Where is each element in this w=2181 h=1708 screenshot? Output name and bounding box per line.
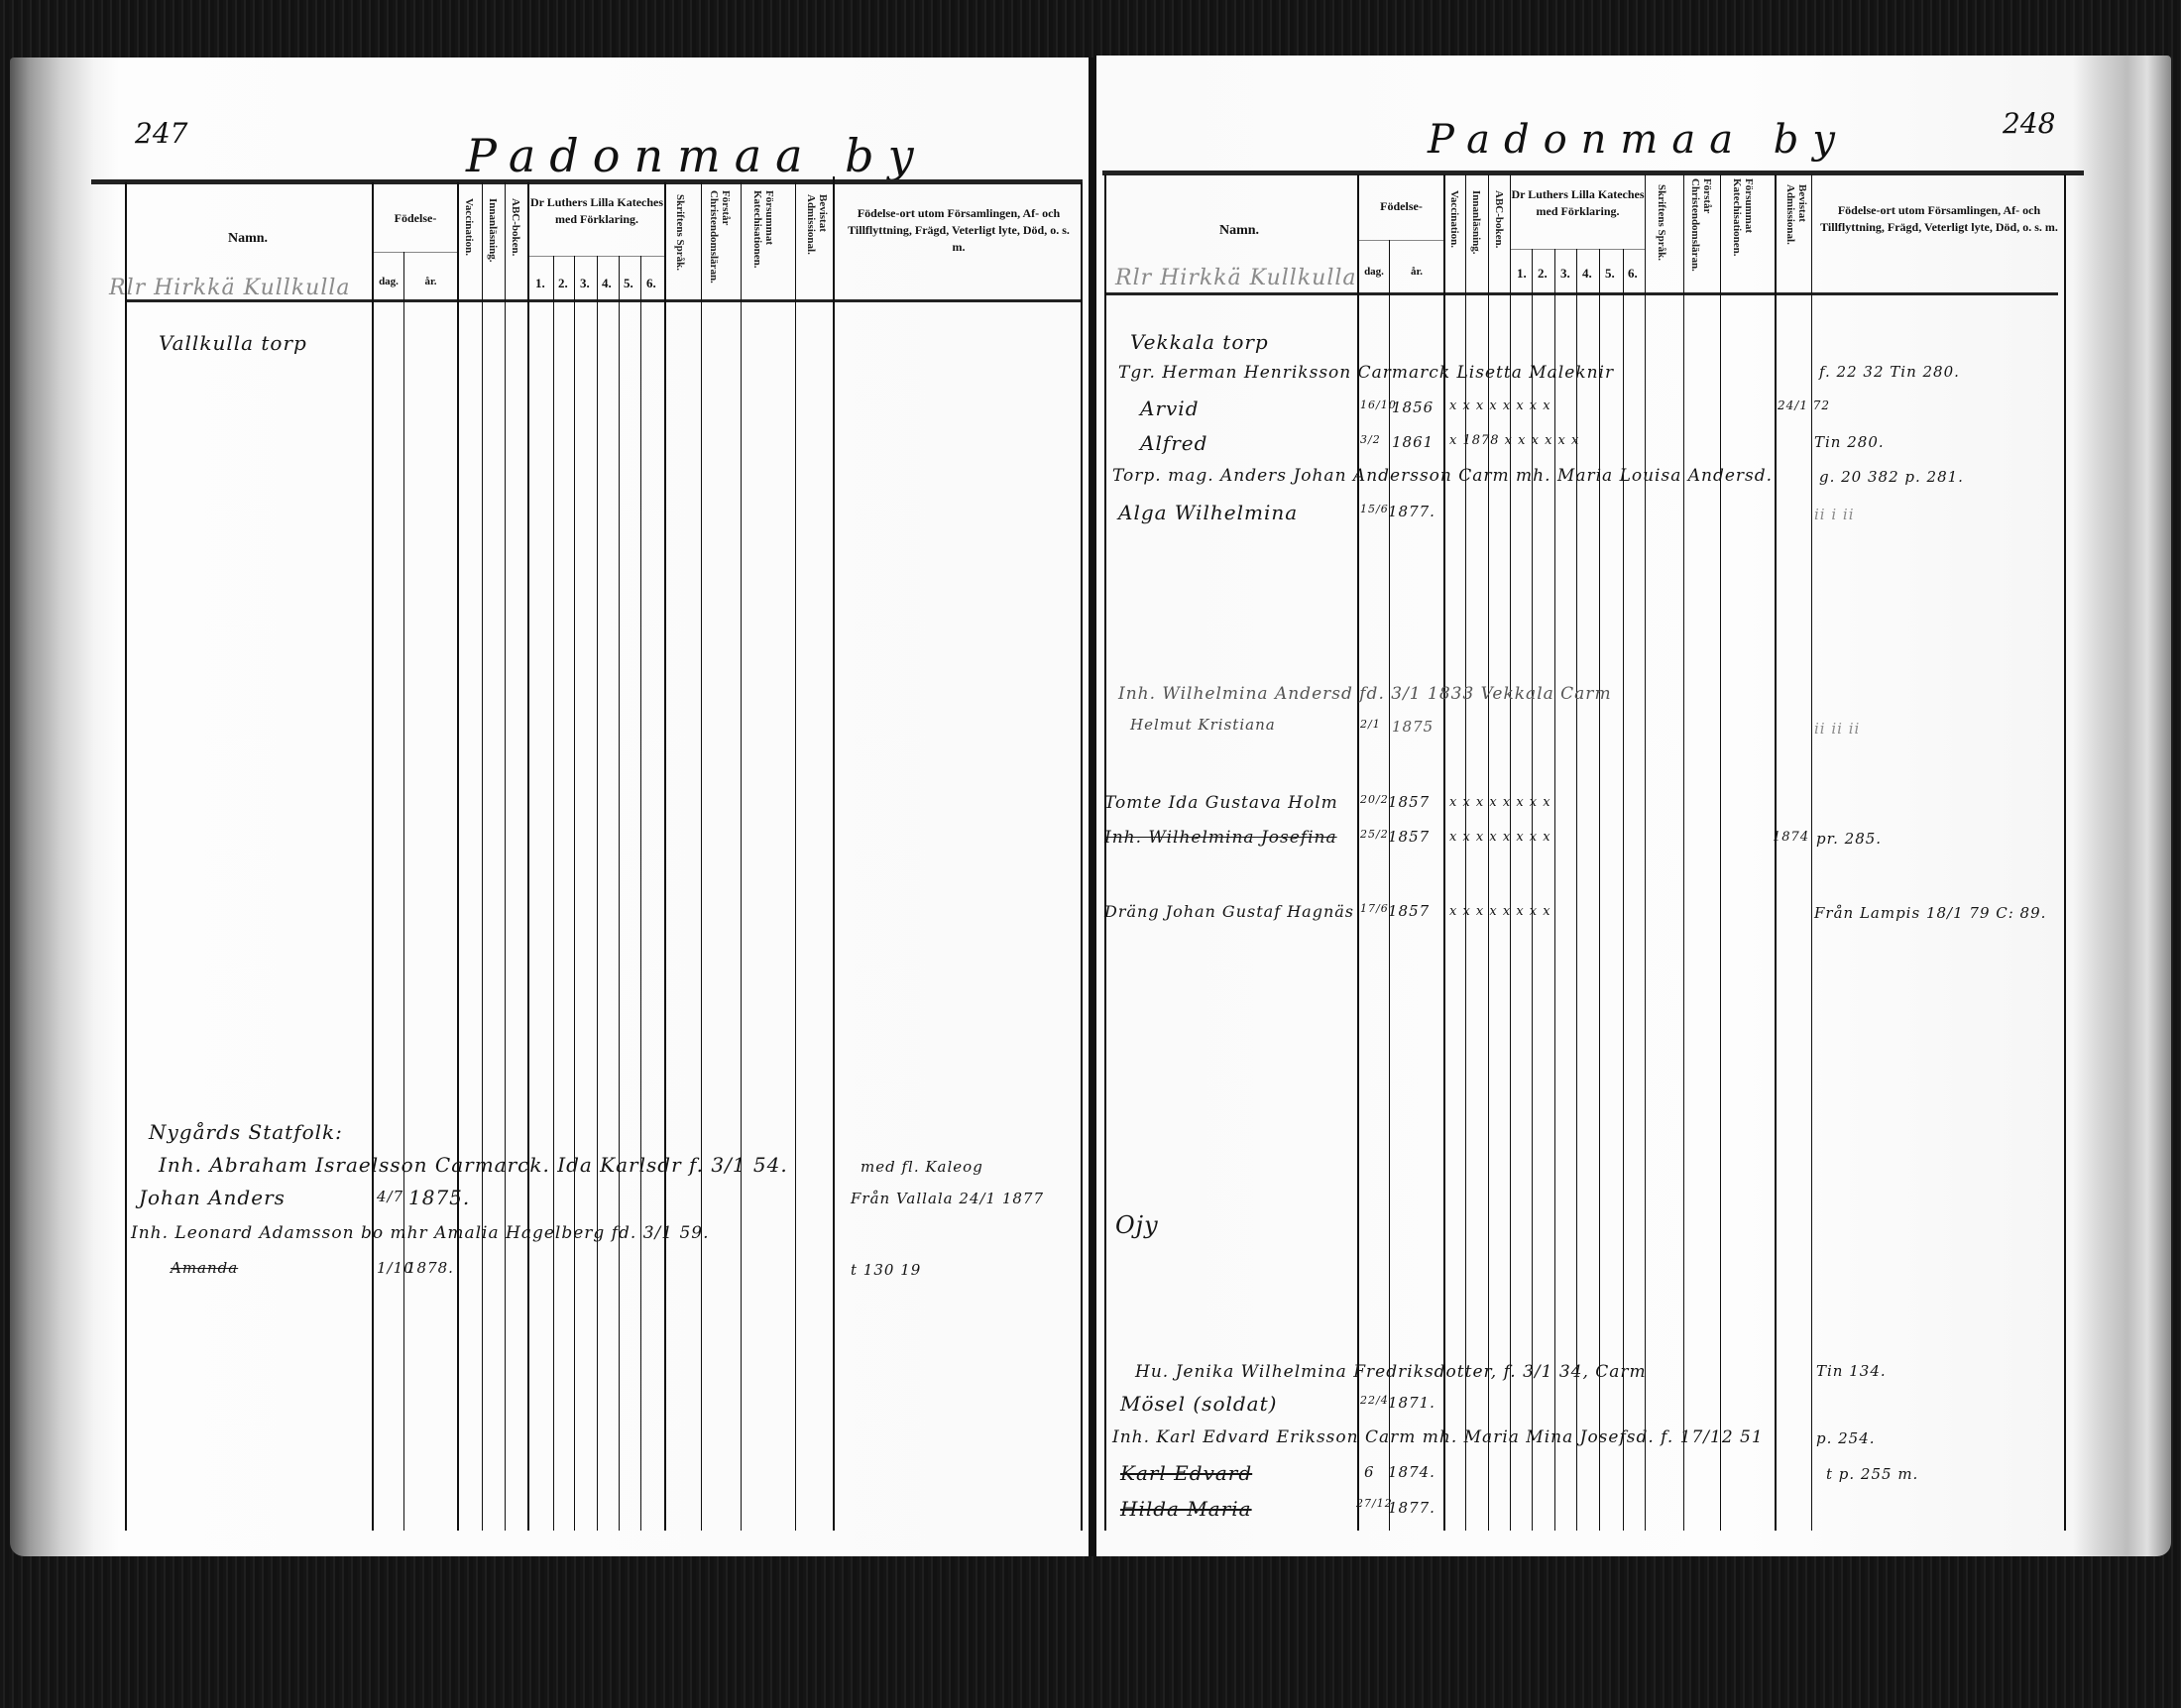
luther-sub-1: 1. xyxy=(535,276,545,291)
col-line xyxy=(125,182,127,1531)
col-header-vaccination: Vaccination. xyxy=(463,198,475,292)
entry-row-ar: 1857 xyxy=(1388,793,1430,811)
col-header-luther: Dr Luthers Lilla Kateches med Förklaring… xyxy=(529,194,664,228)
col-line xyxy=(403,252,404,1531)
entry-row-notes: Från Lampis 18/1 79 C: 89. xyxy=(1814,904,2046,922)
entry-row-marks: x 1878 x x x x x x xyxy=(1449,433,1579,448)
entry-row-ar: 1871. xyxy=(1388,1394,1435,1412)
entry-row-dag: 22/4 xyxy=(1360,1394,1389,1407)
entry-row-bevistat: 24/1 72 xyxy=(1778,399,1830,412)
entry-section: Vekkala torp xyxy=(1130,330,1269,354)
entry-row-notes: t 130 19 xyxy=(851,1261,921,1279)
col-line xyxy=(1081,182,1083,1531)
luther-divider xyxy=(527,256,664,257)
col-header-skriftens-sprak: Skriftens Språk. xyxy=(674,194,686,293)
fodelse-divider xyxy=(374,252,457,253)
luther-sub-5: 5. xyxy=(624,276,633,291)
col-header-dag: dag. xyxy=(374,274,403,290)
col-header-bevistat: Bevistat Admissional. xyxy=(1784,184,1808,284)
entry-row-notes: ii i ii xyxy=(1814,506,1855,523)
col-line xyxy=(833,176,835,1531)
luther-divider xyxy=(1510,249,1645,250)
header-top-rule xyxy=(91,179,1083,184)
col-line xyxy=(640,256,641,1531)
entry-row-dag: 4/7 xyxy=(377,1188,403,1205)
page-title: Padonmaa by xyxy=(1428,117,1849,163)
entry-section: Nygårds Statfolk: xyxy=(149,1120,343,1144)
entry-row-ar: 1875. xyxy=(408,1186,470,1209)
col-header-ar: år. xyxy=(1390,264,1443,281)
fodelse-divider xyxy=(1359,240,1443,241)
entry-row-name: Hilda Maria xyxy=(1120,1497,1252,1521)
entry-row-notes: Tin 134. xyxy=(1816,1362,1887,1380)
entry-row-dag: 15/6 xyxy=(1360,503,1389,515)
entry-section: Vallkulla torp xyxy=(159,331,307,355)
entry-row-name: Tomte Ida Gustava Holm xyxy=(1104,793,1338,813)
entry-row-marks: x x x x x x x x xyxy=(1449,830,1551,845)
col-header-fodelse: Födelse- xyxy=(1359,198,1443,215)
col-line xyxy=(1720,174,1721,1531)
col-line xyxy=(597,256,598,1531)
col-line xyxy=(664,182,666,1531)
col-header-forsummat: Försummat Katechisationen. xyxy=(751,190,775,293)
col-header-fodelse: Födelse- xyxy=(374,210,457,227)
entry-row-name: Tgr. Herman Henriksson Carmarck Lisetta … xyxy=(1118,363,1614,383)
luther-sub-6: 6. xyxy=(646,276,656,291)
luther-sub-2: 2. xyxy=(1538,266,1548,282)
entry-row-name: Karl Edvard xyxy=(1120,1461,1252,1485)
col-header-forstar: Förstår Christendomsläran. xyxy=(1689,178,1713,287)
col-header-notes: Födelse-ort utom Församlingen, Af- och T… xyxy=(841,205,1077,256)
col-header-innanlasning: Innanläsning. xyxy=(1470,190,1482,285)
col-header-notes: Födelse-ort utom Församlingen, Af- och T… xyxy=(1816,202,2062,236)
col-line xyxy=(1623,249,1624,1531)
col-header-abc: ABC-boken. xyxy=(1493,190,1505,285)
entry-row-marks: x x x x x x x x xyxy=(1449,399,1551,413)
entry-row-notes: ii ii ii xyxy=(1814,720,1860,738)
entry-row-notes: Från Vallala 24/1 1877 xyxy=(851,1190,1044,1207)
col-line xyxy=(482,182,483,1531)
entry-row-notes: pr. 285. xyxy=(1816,830,1882,848)
col-line xyxy=(1645,174,1646,1531)
col-line xyxy=(1811,174,1812,1531)
col-line xyxy=(1104,174,1106,1531)
col-line xyxy=(619,256,620,1531)
page-number: 248 xyxy=(2003,107,2055,140)
entry-row-ar: 1874. xyxy=(1388,1463,1435,1481)
col-line xyxy=(527,182,529,1531)
entry-row-dag: 3/2 xyxy=(1360,433,1381,446)
page-number: 247 xyxy=(135,117,187,150)
col-line xyxy=(457,182,459,1531)
entry-row-name: Alfred xyxy=(1140,431,1207,455)
entry-row-ar: 1857 xyxy=(1388,902,1430,920)
col-header-namn: Namn. xyxy=(1190,222,1289,239)
col-header-forstar: Förstår Christendomsläran. xyxy=(708,190,732,293)
col-line xyxy=(1599,249,1600,1531)
entry-row-name: Hu. Jenika Wilhelmina Fredriksdotter, f.… xyxy=(1135,1362,1647,1382)
col-header-abc: ABC-boken. xyxy=(510,198,521,292)
entry-row-name: Johan Anders xyxy=(139,1186,286,1209)
col-header-bevistat: Bevistat Admissional. xyxy=(805,194,829,293)
entry-row-ar: 1861 xyxy=(1392,433,1434,451)
col-line xyxy=(1389,240,1390,1531)
entry-row-name: Inh. Abraham Israelsson Carmarck. Ida Ka… xyxy=(159,1153,788,1177)
col-line xyxy=(574,256,575,1531)
entry-row-name: Amanda xyxy=(171,1259,238,1277)
entry-row-ar: 1857 xyxy=(1388,828,1430,846)
header-top-rule xyxy=(1102,171,2084,175)
entry-row-name: Alga Wilhelmina xyxy=(1118,501,1298,524)
entry-row-marks: x x x x x x x x xyxy=(1449,795,1551,810)
entry-row-name: Torp. mag. Anders Johan Andersson Carm m… xyxy=(1112,466,1773,486)
col-line xyxy=(505,182,506,1531)
luther-sub-1: 1. xyxy=(1517,266,1527,282)
book-gutter xyxy=(1089,57,1096,1556)
entry-row-notes: g. 20 382 p. 281. xyxy=(1819,468,1964,486)
col-header-forsummat: Försummat Katechisationen. xyxy=(1731,178,1755,287)
col-line xyxy=(701,182,702,1531)
entry-row-ar: 1877. xyxy=(1388,1499,1435,1517)
luther-sub-3: 3. xyxy=(1560,266,1570,282)
entry-row-notes: f. 22 32 Tin 280. xyxy=(1819,363,1960,381)
header-bottom-rule xyxy=(1106,292,2058,295)
col-header-luther: Dr Luthers Lilla Kateches med Förklaring… xyxy=(1511,186,1645,220)
col-line xyxy=(795,182,796,1531)
entry-row-dag: 2/1 xyxy=(1360,718,1381,731)
entry-row-dag: 6 xyxy=(1364,1463,1375,1481)
entry-row-notes: med fl. Kaleog xyxy=(861,1158,983,1176)
entry-row-name: Mösel (soldat) xyxy=(1120,1392,1277,1416)
entry-row-marks: x x x x x x x x xyxy=(1449,904,1551,919)
entry-section: Ojy xyxy=(1115,1211,1159,1239)
col-line xyxy=(553,256,554,1531)
entry-row-ar: 1877. xyxy=(1388,503,1435,520)
col-line xyxy=(1683,174,1684,1531)
col-header-skriftens-sprak: Skriftens Språk. xyxy=(1656,184,1667,284)
header-carryover-name: Rlr Hirkkä Kullkulla xyxy=(1115,266,1357,290)
col-line xyxy=(2064,174,2066,1531)
entry-row-name: Arvid xyxy=(1140,397,1200,420)
page-title: Padonmaa by xyxy=(466,129,928,182)
entry-row-name: Inh. Leonard Adamsson bo mhr Amalia Hage… xyxy=(131,1223,710,1243)
header-carryover-name: Rlr Hirkkä Kullkulla xyxy=(109,276,351,300)
luther-sub-4: 4. xyxy=(602,276,612,291)
entry-row-ar: 1856 xyxy=(1392,399,1434,416)
luther-sub-3: 3. xyxy=(580,276,590,291)
col-header-vaccination: Vaccination. xyxy=(1448,190,1460,285)
entry-row-ar: 1875 xyxy=(1392,718,1434,736)
entry-row-name: Inh. Karl Edvard Eriksson Carm mh. Maria… xyxy=(1112,1427,1764,1447)
entry-row-notes: Tin 280. xyxy=(1814,433,1885,451)
luther-sub-6: 6. xyxy=(1628,266,1638,282)
luther-sub-4: 4. xyxy=(1582,266,1592,282)
col-header-namn: Namn. xyxy=(198,230,297,247)
entry-row-dag: 20/2 xyxy=(1360,793,1389,806)
entry-row-name: Dräng Johan Gustaf Hagnäs xyxy=(1104,902,1354,921)
entry-row-name: Inh. Wilhelmina Andersd fd. 3/1 1833 Vek… xyxy=(1118,684,1612,704)
entry-row-notes: t p. 255 m. xyxy=(1826,1465,1918,1483)
col-header-innanlasning: Innanläsning. xyxy=(487,198,499,292)
entry-row-name: Helmut Kristiana xyxy=(1130,716,1276,734)
luther-sub-2: 2. xyxy=(558,276,568,291)
col-line xyxy=(372,182,374,1531)
entry-row-bevistat: 1874 xyxy=(1773,830,1809,845)
entry-row-dag: 25/2 xyxy=(1360,828,1389,841)
entry-row-ar: 1878. xyxy=(406,1259,454,1277)
entry-row-name: Inh. Wilhelmina Josefina xyxy=(1104,828,1337,848)
col-header-dag: dag. xyxy=(1359,264,1389,281)
col-line xyxy=(1775,174,1777,1531)
entry-row-dag: 17/6 xyxy=(1360,902,1389,915)
entry-row-notes: p. 254. xyxy=(1816,1429,1876,1447)
col-line xyxy=(741,182,742,1531)
col-header-ar: år. xyxy=(404,274,457,290)
luther-sub-5: 5. xyxy=(1605,266,1615,282)
